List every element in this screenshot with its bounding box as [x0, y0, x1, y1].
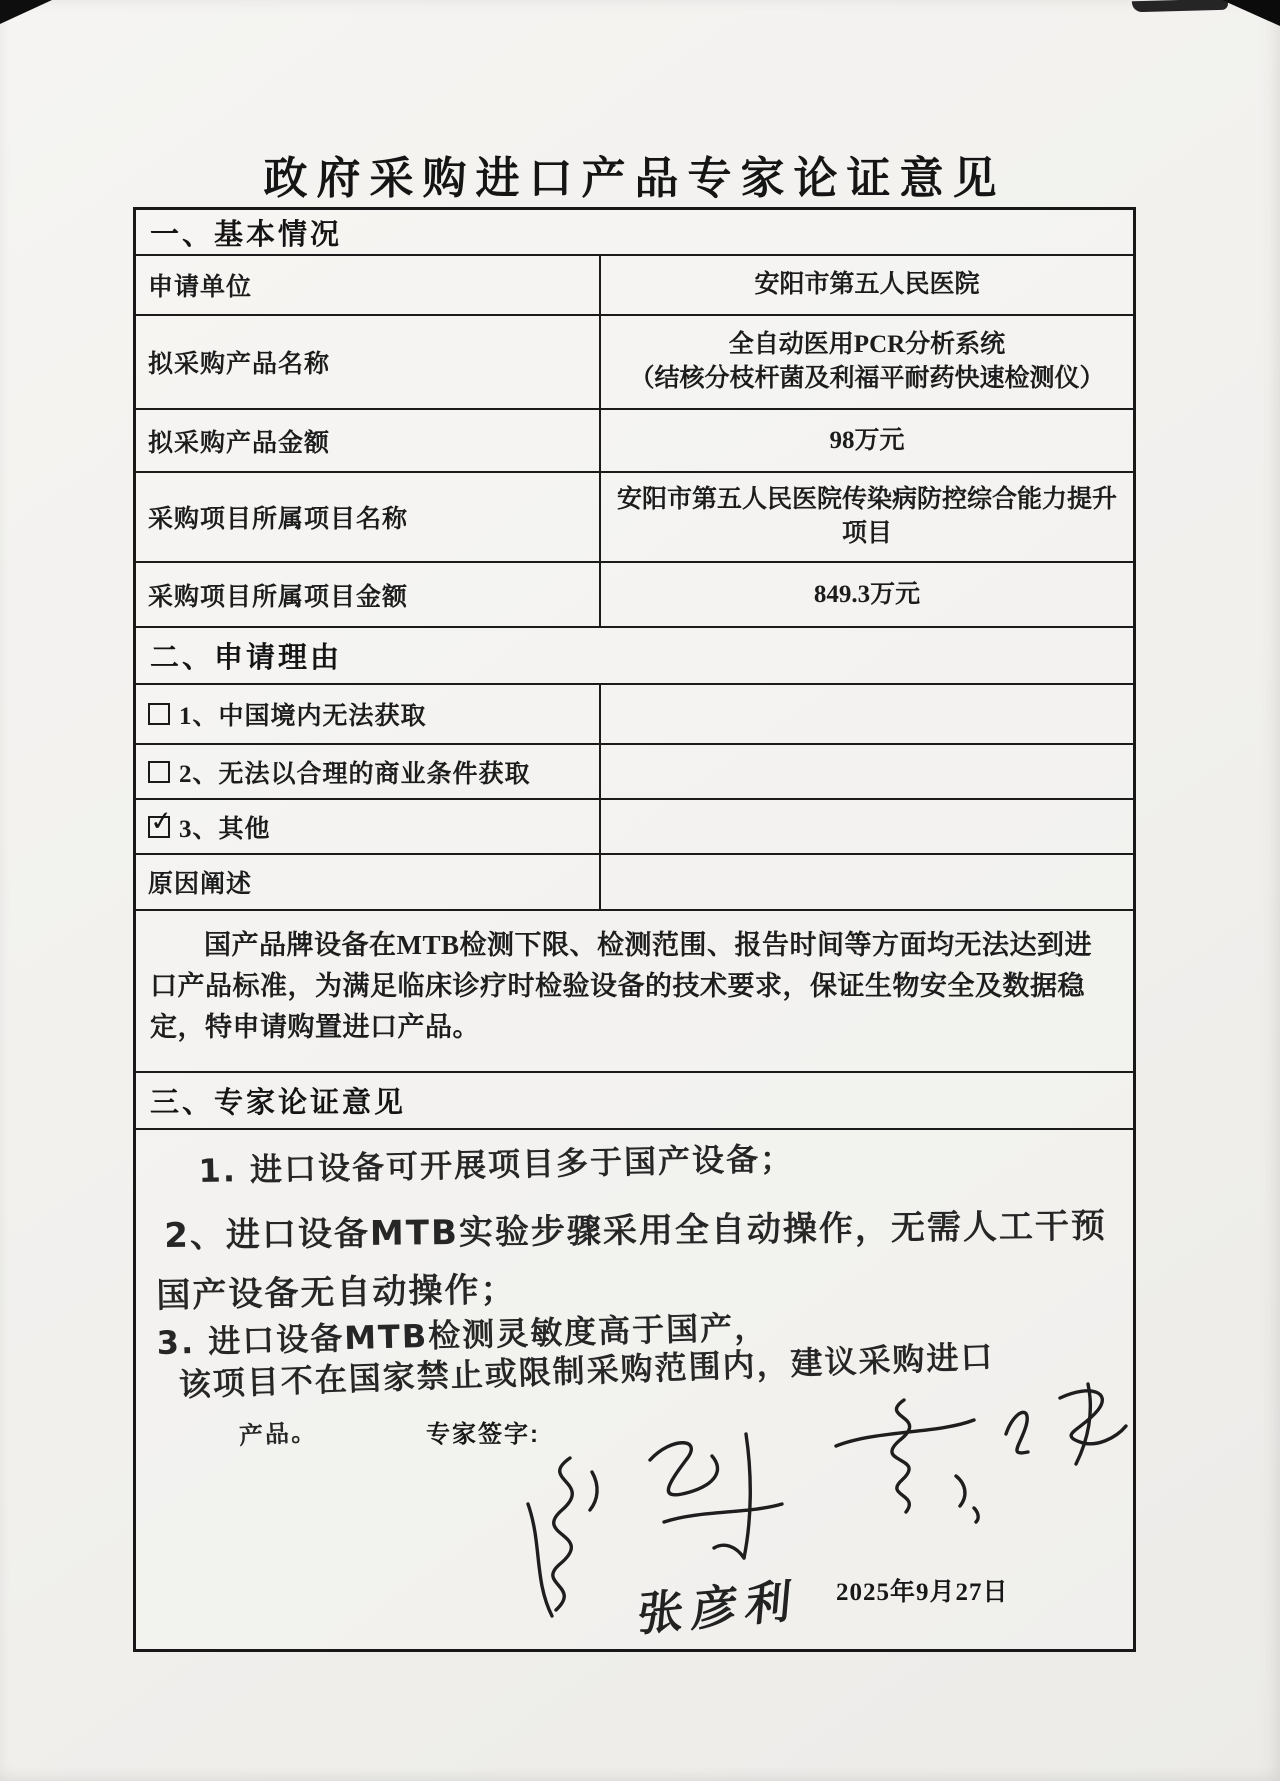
row-value-empty — [601, 685, 1133, 743]
row-value: 全自动医用PCR分析系统 （结核分枝杆菌及利福平耐药快速检测仪） — [601, 316, 1133, 408]
table-row-reason-detail: 原因阐述 — [136, 855, 1133, 911]
signature-name-zhangyanli: 张彦利 — [635, 1564, 802, 1645]
form-table: 一、基本情况 申请单位 安阳市第五人民医院 拟采购产品名称 全自动医用PCR分析… — [133, 207, 1136, 1652]
signature-scribble-1 — [508, 1452, 623, 1627]
table-row-product-name: 拟采购产品名称 全自动医用PCR分析系统 （结核分枝杆菌及利福平耐药快速检测仪） — [136, 316, 1133, 410]
section-header-reason: 二、申请理由 — [136, 628, 1133, 685]
section-header-expert: 三、专家论证意见 — [136, 1073, 1133, 1130]
checkbox-unchecked — [148, 703, 170, 725]
row-label: 申请单位 — [136, 256, 601, 314]
signature-scribble-4 — [988, 1376, 1138, 1476]
row-value: 98万元 — [601, 410, 1133, 471]
reason-label: 3、其他 — [179, 809, 271, 845]
scan-artifact-top-left — [0, 0, 52, 24]
reason-option: ✓ 3、其他 — [136, 800, 601, 853]
handwritten-line-1: 1. 进口设备可开展项目多于国产设备； — [198, 1134, 794, 1192]
row-value-empty — [601, 745, 1133, 798]
row-value-empty — [601, 855, 1133, 909]
row-value-empty — [601, 800, 1133, 853]
reason-paragraph-cell: 国产品牌设备在MTB检测下限、检测范围、报告时间等方面均无法达到进口产品标准，为… — [136, 911, 1133, 1071]
table-row-reason-2: 2、无法以合理的商业条件获取 — [136, 745, 1133, 800]
table-row-product-amount: 拟采购产品金额 98万元 — [136, 410, 1133, 473]
row-label: 采购项目所属项目金额 — [136, 563, 601, 626]
row-label: 原因阐述 — [136, 855, 601, 909]
expert-date: 2025年9月27日 — [836, 1572, 1009, 1608]
signature-scribble-2 — [620, 1426, 805, 1571]
handwritten-line-3: 国产设备无自动操作； — [156, 1262, 517, 1317]
reason-label: 2、无法以合理的商业条件获取 — [179, 754, 531, 790]
checkbox-checked: ✓ — [148, 816, 170, 838]
reason-label: 1、中国境内无法获取 — [179, 696, 427, 732]
check-icon: ✓ — [148, 804, 175, 837]
row-value: 安阳市第五人民医院 — [601, 256, 1133, 314]
signature-scribble-3 — [808, 1390, 988, 1530]
handwritten-line-6: 产品。 — [238, 1412, 318, 1451]
row-value: 849.3万元 — [601, 563, 1133, 626]
row-value: 安阳市第五人民医院传染病防控综合能力提升 项目 — [601, 473, 1133, 561]
row-label: 拟采购产品名称 — [136, 316, 601, 408]
scan-artifact-top-right — [1222, 0, 1280, 26]
reason-option: 2、无法以合理的商业条件获取 — [136, 745, 601, 798]
row-label: 拟采购产品金额 — [136, 410, 601, 471]
handwritten-line-2: 2、进口设备MTB实验步骤采用全自动操作，无需人工干预 — [164, 1198, 1107, 1257]
row-label: 采购项目所属项目名称 — [136, 473, 601, 561]
scanned-document-page: 政府采购进口产品专家论证意见 一、基本情况 申请单位 安阳市第五人民医院 拟采购… — [0, 0, 1280, 1781]
expert-opinion-cell: 1. 进口设备可开展项目多于国产设备； 2、进口设备MTB实验步骤采用全自动操作… — [136, 1130, 1133, 1643]
table-row-reason-paragraph: 国产品牌设备在MTB检测下限、检测范围、报告时间等方面均无法达到进口产品标准，为… — [136, 911, 1133, 1073]
table-row-reason-1: 1、中国境内无法获取 — [136, 685, 1133, 745]
table-row-applicant: 申请单位 安阳市第五人民医院 — [136, 256, 1133, 316]
expert-signature-label: 专家签字: — [426, 1414, 540, 1449]
table-row-project-name: 采购项目所属项目名称 安阳市第五人民医院传染病防控综合能力提升 项目 — [136, 473, 1133, 563]
reason-option: 1、中国境内无法获取 — [136, 685, 601, 743]
scan-artifact-top-streak — [1132, 0, 1228, 12]
section-header-basic: 一、基本情况 — [136, 210, 1133, 256]
checkbox-unchecked — [148, 761, 170, 783]
page-title: 政府采购进口产品专家论证意见 — [133, 142, 1136, 206]
table-row-project-amount: 采购项目所属项目金额 849.3万元 — [136, 563, 1133, 628]
reason-paragraph: 国产品牌设备在MTB检测下限、检测范围、报告时间等方面均无法达到进口产品标准，为… — [136, 911, 1133, 1048]
table-row-reason-3: ✓ 3、其他 — [136, 800, 1133, 855]
